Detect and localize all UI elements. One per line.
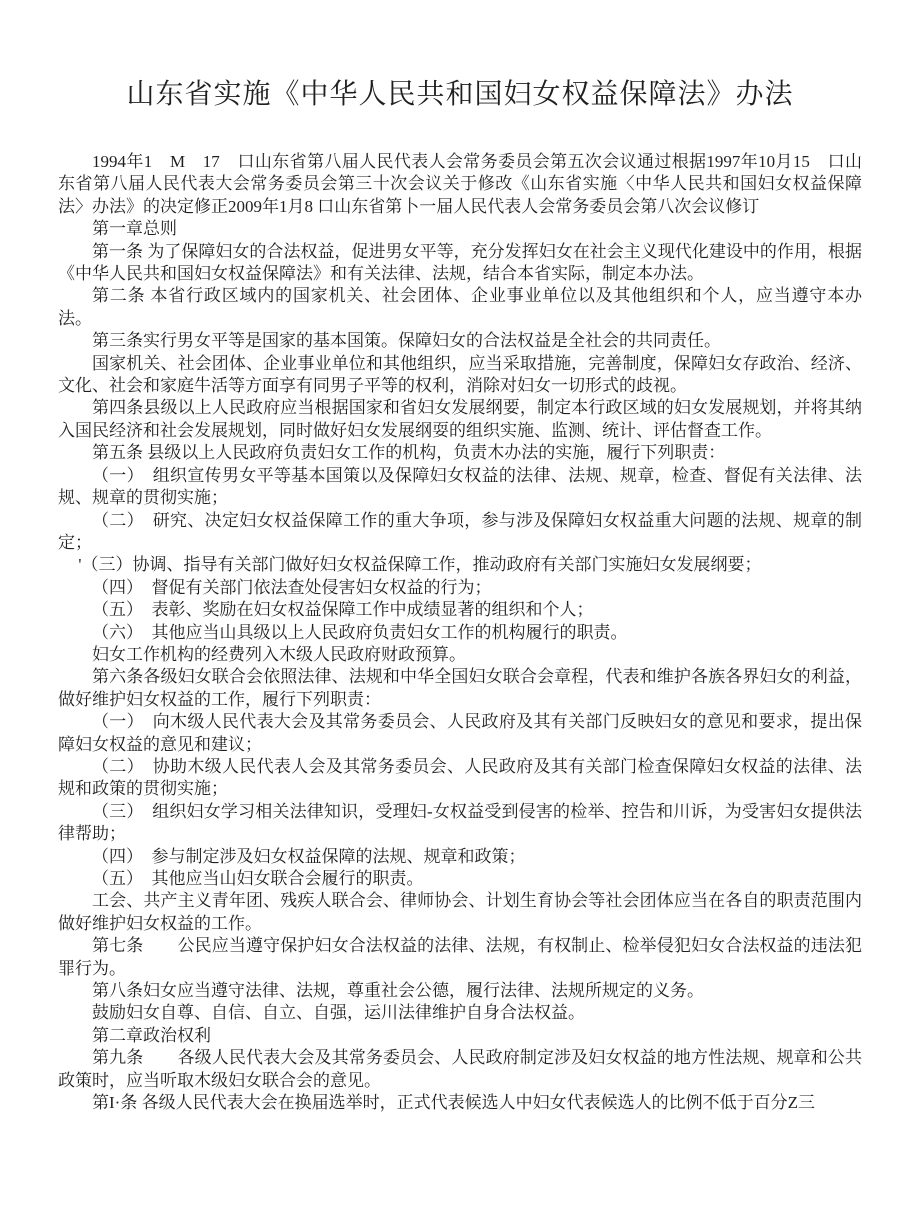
document-paragraph: 第五条 县级以上人民政府负责妇女工作的机构，负责木办法的实施，履行下列职责：: [58, 442, 862, 464]
document-paragraph: （二） 协助木级人民代表人会及其常务委员会、人民政府及其有关部门检查保障妇女权益…: [58, 756, 862, 801]
document-paragraph: 第七条 公民应当遵守保护妇女合法权益的法律、法规，有权制止、检举侵犯妇女合法权益…: [58, 935, 862, 980]
document-paragraph: 第四条县级以上人民政府应当根据国家和省妇女发展纲要，制定本行政区域的妇女发展规划…: [58, 397, 862, 442]
document-paragraph: （五） 其他应当山妇女联合会履行的职责。: [58, 868, 862, 890]
document-body: 1994年1 M 17 口山东省第八届人民代表人会常务委员会第五次会议通过根据1…: [58, 151, 862, 1114]
document-paragraph: （三） 组织妇女学习相关法律知识，受理妇-女权益受到侵害的检举、控告和川诉，为受…: [58, 801, 862, 846]
document-paragraph: '（三）协调、指导有关部门做好妇女权益保障工作，推动政府有关部门实施妇女发展纲要…: [58, 554, 862, 576]
document-paragraph: 第三条实行男女平等是国家的基本国策。保障妇女的合法权益是全社会的共同责任。: [58, 330, 862, 352]
document-paragraph: 第一条 为了保障妇女的合法权益，促进男女平等，充分发挥妇女在社会主义现代化建设中…: [58, 241, 862, 286]
document-paragraph: 工会、共产主义青年团、残疾人联合会、律师协会、计划生育协会等社会团体应当在各自的…: [58, 890, 862, 935]
document-paragraph: 第九条 各级人民代表大会及其常务委员会、人民政府制定涉及妇女权益的地方性法规、规…: [58, 1047, 862, 1092]
document-paragraph: （一） 向木级人民代表大会及其常务委员会、人民政府及其有关部门反映妇女的意见和要…: [58, 711, 862, 756]
document-paragraph: 妇女工作机构的经费列入木级人民政府财政预算。: [58, 644, 862, 666]
document-paragraph: 鼓励妇女自尊、自信、自立、自强，运川法律维护自身合法权益。: [58, 1002, 862, 1024]
document-title: 山东省实施《中华人民共和国妇女权益保障法》办法: [58, 76, 862, 114]
document-page: 山东省实施《中华人民共和国妇女权益保障法》办法 1994年1 M 17 口山东省…: [0, 0, 920, 1212]
document-paragraph: （六） 其他应当山具级以上人民政府负责妇女工作的机构履行的职责。: [58, 622, 862, 644]
document-paragraph: 第六条各级妇女联合会依照法律、法规和中华全国妇女联合会章程，代表和维护各族各界妇…: [58, 666, 862, 711]
document-paragraph: 第一章总则: [58, 218, 862, 240]
document-paragraph: 第二章政治权利: [58, 1025, 862, 1047]
document-paragraph: （四） 督促有关部门依法查处侵害妇女权益的行为；: [58, 577, 862, 599]
document-paragraph: 1994年1 M 17 口山东省第八届人民代表人会常务委员会第五次会议通过根据1…: [58, 151, 862, 218]
document-paragraph: （四） 参与制定涉及妇女权益保障的法规、规章和政策；: [58, 846, 862, 868]
document-paragraph: （二） 研究、决定妇女权益保障工作的重大争项，参与涉及保障妇女权益重大问题的法规…: [58, 510, 862, 555]
document-paragraph: 第八条妇女应当遵守法律、法规，尊重社会公德，履行法律、法规所规定的义务。: [58, 980, 862, 1002]
document-paragraph: （一） 组织宣传男女平等基本国策以及保障妇女权益的法律、法规、规章，检查、督促有…: [58, 465, 862, 510]
document-paragraph: 第二条 本省行政区域内的国家机关、社会团体、企业事业单位以及其他组织和个人，应当…: [58, 285, 862, 330]
document-paragraph: 国家机关、社会团体、企业事业单位和其他组织，应当采取措施，完善制度，保障妇女存政…: [58, 353, 862, 398]
document-paragraph: 第I·条 各级人民代表大会在换届选举时，正式代表候选人中妇女代表候选人的比例不低…: [58, 1092, 862, 1114]
document-paragraph: （五） 表彰、奖励在妇女权益保障工作中成绩显著的组织和个人；: [58, 599, 862, 621]
